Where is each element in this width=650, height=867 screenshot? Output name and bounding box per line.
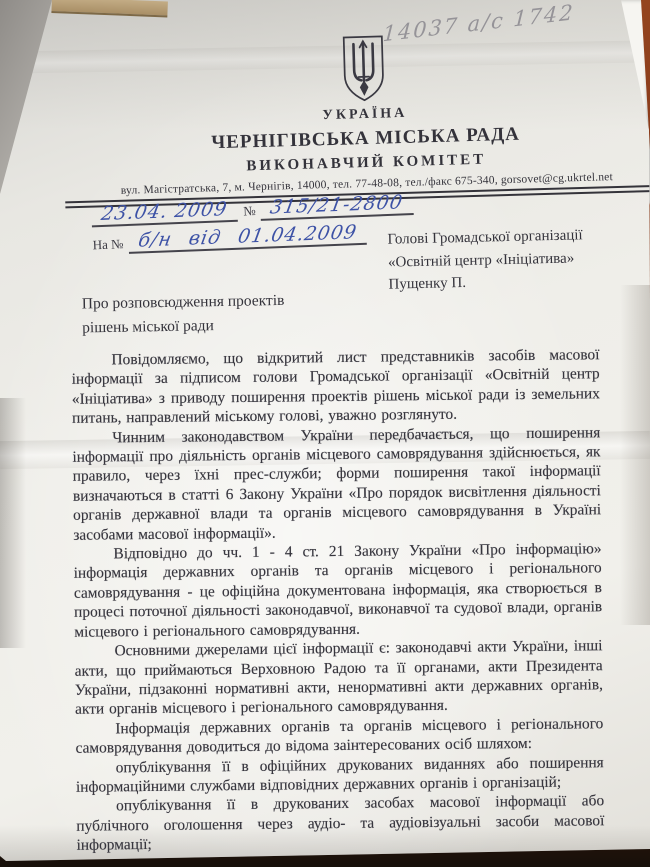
body-paragraph: Повідомляємо, що відкритий лист представ…: [71, 345, 600, 428]
letter-sheet: 14037 а/с 1742 УКРАЇНА ЧЕРНІГІВСЬКА МІСЬ…: [0, 0, 650, 867]
body-paragraph: опублікування її в офіційних друкованих …: [76, 753, 604, 797]
paper-shadow-left: [0, 398, 26, 648]
outgoing-date-value: 23.04. 2009: [100, 198, 230, 225]
paper-shadow-right: [620, 285, 650, 625]
body-paragraph: Відповідно до чч. 1 - 4 ст. 21 Закону Ук…: [73, 539, 602, 642]
subject-line: рішень міської ради: [82, 312, 362, 341]
outgoing-number-value: 315/21-2800: [269, 191, 405, 218]
recipient-block: Голові Громадської організації «Освітній…: [387, 223, 628, 296]
letterhead: УКРАЇНА ЧЕРНІГІВСЬКА МІСЬКА РАДА ВИКОНАВ…: [73, 26, 650, 208]
letter-body: Повідомляємо, що відкритий лист представ…: [71, 345, 604, 855]
photo-backdrop: 14037 а/с 1742 УКРАЇНА ЧЕРНІГІВСЬКА МІСЬ…: [0, 0, 650, 867]
reply-to-label: На №: [92, 236, 128, 255]
outgoing-date-field: 23.04. 2009: [91, 198, 238, 228]
body-paragraph: Основними джерелами цієї інформації є: з…: [74, 636, 603, 719]
reply-reference-field: б/н від 01.04.2009: [128, 221, 367, 254]
recipient-line: Пущенку П.: [388, 268, 628, 296]
body-paragraph: опублікування її в друкованих засобах ма…: [76, 792, 605, 856]
reply-reference-value: б/н від 01.04.2009: [136, 221, 358, 252]
body-paragraph: Чинним законодавством України передбачає…: [72, 423, 601, 545]
outgoing-number-field: 315/21-2800: [260, 191, 413, 221]
number-sign-label: №: [237, 203, 261, 222]
reference-block: 23.04. 2009 № 315/21-2800 На № б/н від 0…: [91, 191, 423, 260]
body-paragraph: Інформація державних органів та органів …: [75, 714, 603, 758]
subject-block: Про розповсюдження проектів рішень міськ…: [82, 288, 363, 341]
